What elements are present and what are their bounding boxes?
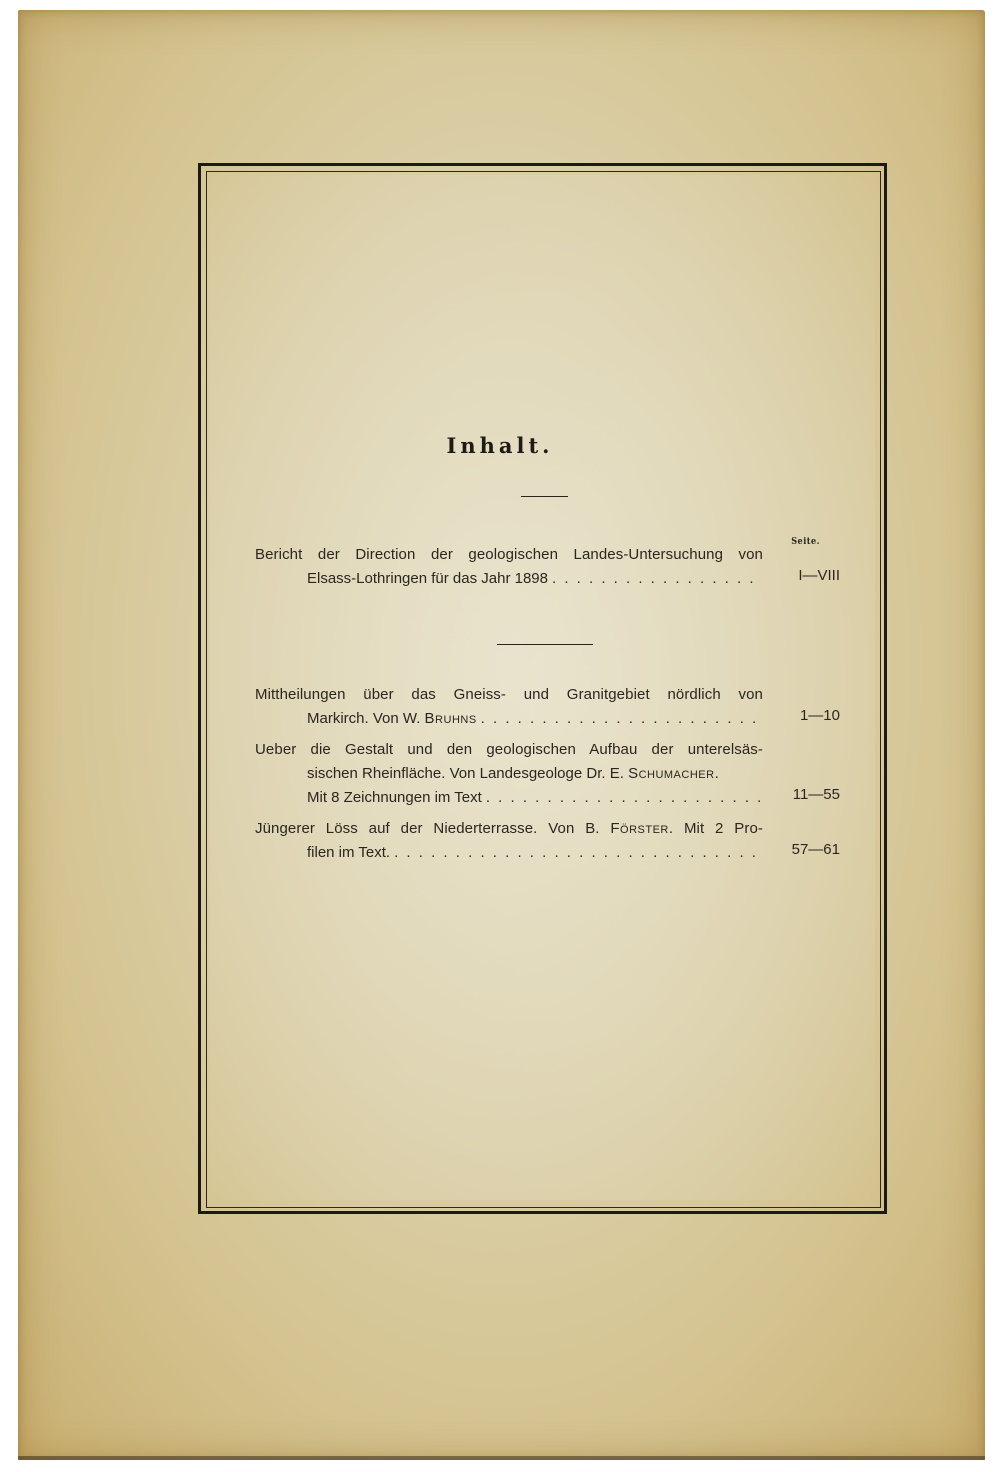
page-title: Inhalt. bbox=[0, 433, 1000, 458]
toc-entry-text: Mit 8 Zeichnungen im Text bbox=[307, 786, 482, 810]
toc-entry-line: Mit 8 Zeichnungen im Text bbox=[255, 786, 763, 810]
toc-entry-line: sischen Rheinfläche. Von Landesgeologe D… bbox=[255, 762, 840, 786]
toc-entry: Seite. Bericht der Direction der geologi… bbox=[255, 543, 840, 591]
toc-entry-line: Bericht der Direction der geologischen L… bbox=[255, 543, 763, 567]
toc-page-range: I—VIII bbox=[770, 567, 840, 584]
toc-entry-line: Elsass-Lothringen für das Jahr 1898 bbox=[255, 567, 763, 591]
leader-dots bbox=[548, 567, 763, 591]
toc-entry-text: filen im Text. bbox=[307, 841, 390, 865]
toc-author: Förster bbox=[610, 820, 669, 837]
section-divider bbox=[497, 644, 593, 645]
toc-entry-line: Jüngerer Löss auf der Niederterrasse. Vo… bbox=[255, 817, 763, 841]
page-column-header: Seite. bbox=[791, 537, 820, 547]
toc-author: Bruhns bbox=[425, 710, 477, 727]
toc-entry-text: Markirch. Von W. bbox=[307, 710, 425, 727]
toc-entry-line: filen im Text. bbox=[255, 841, 763, 865]
toc-page-range: 1—10 bbox=[770, 707, 840, 724]
toc-entry: Mittheilungen über das Gneiss- und Grani… bbox=[255, 683, 840, 731]
toc-entry-text: Elsass-Lothringen für das Jahr 1898 bbox=[307, 567, 548, 591]
toc-page-range: 11—55 bbox=[770, 786, 840, 803]
leader-dots bbox=[477, 707, 763, 731]
toc-author: Schumacher bbox=[628, 765, 715, 782]
toc-entry-line: Ueber die Gestalt und den geologischen A… bbox=[255, 738, 763, 762]
toc-entry-text: Jüngerer Löss auf der Niederterrasse. Vo… bbox=[255, 820, 610, 837]
toc-entry-line: Markirch. Von W. Bruhns bbox=[255, 707, 763, 731]
toc-entry: Ueber die Gestalt und den geologischen A… bbox=[255, 738, 840, 810]
toc-page-range: 57—61 bbox=[770, 841, 840, 858]
leader-dots bbox=[482, 786, 763, 810]
title-divider bbox=[521, 496, 568, 497]
toc-entry-line: Mittheilungen über das Gneiss- und Grani… bbox=[255, 683, 763, 707]
toc-entry: Jüngerer Löss auf der Niederterrasse. Vo… bbox=[255, 817, 840, 865]
leader-dots bbox=[390, 841, 763, 865]
toc-entry-text: sischen Rheinfläche. Von Landesgeologe D… bbox=[307, 765, 628, 782]
